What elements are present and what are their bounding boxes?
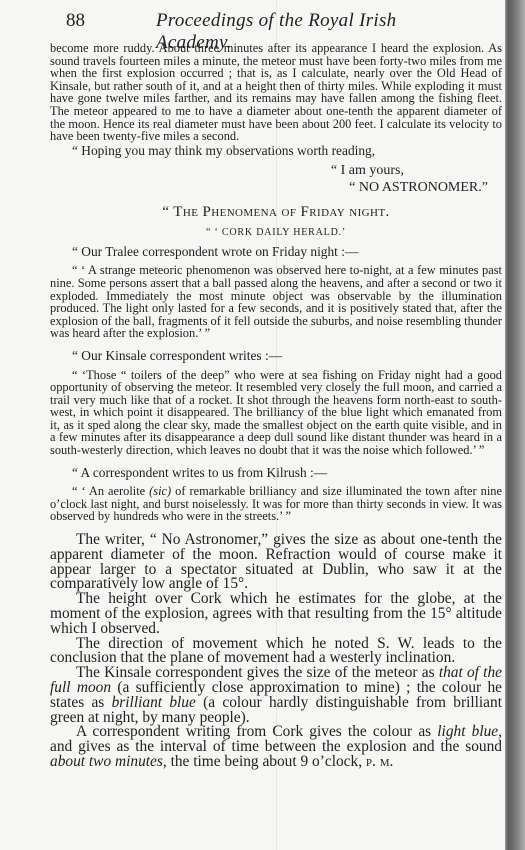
letter-valediction: “ I am yours,: [50, 162, 502, 179]
letter-closing-line: “ Hoping you may think my observations w…: [50, 143, 502, 158]
commentary-paragraph: A correspondent writing from Cork gives …: [50, 725, 502, 769]
commentary-text: the time being about 9 o’clock,: [167, 753, 366, 770]
page-number: 88: [66, 10, 85, 32]
commentary-italic: about two minutes,: [50, 753, 167, 770]
book-binding-edge: [505, 0, 525, 850]
tralee-intro: “ Our Tralee correspondent wrote on Frid…: [50, 246, 502, 259]
commentary-paragraph: The direction of movement which he noted…: [50, 637, 502, 667]
letter-signature: “ NO ASTRONOMER.”: [50, 179, 502, 196]
article-source: “ ‘ CORK DAILY HERALD.’: [50, 227, 502, 238]
time-suffix: p. m.: [366, 753, 393, 770]
page-body: become more ruddy. About three minutes a…: [50, 42, 502, 770]
kinsale-intro: “ Our Kinsale correspondent writes :—: [50, 350, 502, 363]
commentary-paragraph: The height over Cork which he estimates …: [50, 592, 502, 636]
article-heading: “ The Phenomena of Friday night.: [50, 204, 502, 221]
commentary-paragraph: The Kinsale correspondent gives the size…: [50, 666, 502, 725]
kinsale-quote: “ ‘Those “ toilers of the deep” who were…: [50, 369, 502, 457]
letter-paragraph: become more ruddy. About three minutes a…: [50, 42, 502, 143]
kilrush-quote: “ ‘ An aerolite (sic) of remarkable bril…: [50, 485, 502, 523]
tralee-quote: “ ‘ A strange meteoric phenomenon was ob…: [50, 264, 502, 340]
kilrush-intro: “ A correspondent writes to us from Kilr…: [50, 467, 502, 480]
page-header: 88 Proceedings of the Royal Irish Academ…: [66, 10, 476, 34]
commentary-paragraph: The writer, “ No Astronomer,” gives the …: [50, 533, 502, 592]
